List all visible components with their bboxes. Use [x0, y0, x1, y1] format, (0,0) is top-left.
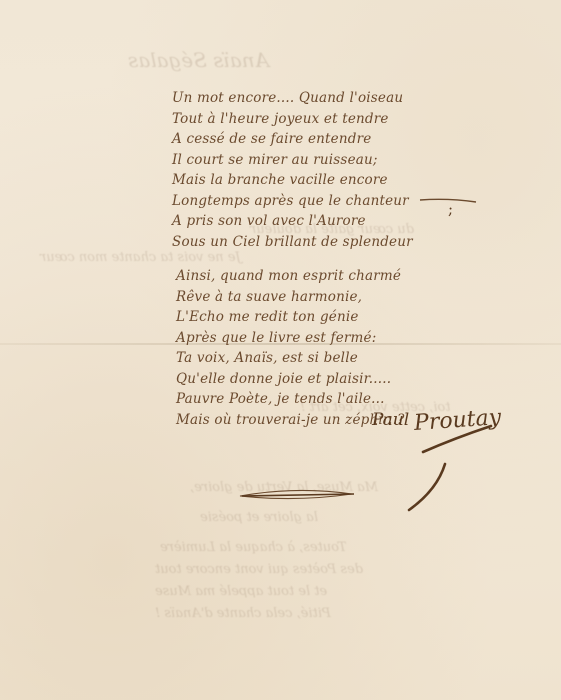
poem-line: L'Echo me redit ton génie	[172, 307, 413, 328]
poem-line: Mais la branche vacille encore	[172, 170, 413, 191]
poem-line: Un mot encore.... Quand l'oiseau	[172, 88, 413, 109]
poem-line: Qu'elle donne joie et plaisir.....	[172, 369, 413, 390]
poem: Un mot encore.... Quand l'oiseau Tout à …	[172, 88, 413, 444]
poem-line: Ainsi, quand mon esprit charmé	[172, 266, 413, 287]
bleed-through-text: Anaïs Ségalas	[128, 48, 269, 72]
poem-line: Sous un Ciel brillant de splendeur	[172, 232, 413, 253]
manuscript-page: Anaïs Ségalas du cœur gaîté la douleur J…	[0, 0, 561, 700]
signature-first-name: Paul	[372, 410, 409, 430]
bleed-through-text: et le tout appelé ma Muse	[155, 584, 327, 599]
bleed-through-text: Pitié, cela chante d'Anaïs !	[155, 606, 331, 621]
stanza-2: Ainsi, quand mon esprit charmé Rêve à ta…	[172, 266, 413, 430]
bleed-through-text: des Poètes qui vont encore tout	[155, 562, 363, 577]
poem-line: Il court se mirer au ruisseau;	[172, 150, 413, 171]
bleed-through-text: Toutes, à chaque la Lumière	[160, 540, 347, 555]
poem-line: Ta voix, Anaïs, est si belle	[172, 348, 413, 369]
poem-line: Pauvre Poète, je tends l'aile...	[172, 389, 413, 410]
poem-line: A cessé de se faire entendre	[172, 129, 413, 150]
poem-line: Rêve à ta suave harmonie,	[172, 287, 413, 308]
stanza-end-mark: ;	[448, 200, 453, 218]
quill-flourish-icon	[236, 482, 356, 506]
poem-line: Tout à l'heure joyeux et tendre	[172, 109, 413, 130]
stanza-1: Un mot encore.... Quand l'oiseau Tout à …	[172, 88, 413, 252]
poem-line: A pris son vol avec l'Aurore	[172, 211, 413, 232]
signature-flourish-icon	[405, 420, 495, 520]
bleed-through-text: la gloire et poésie	[200, 510, 318, 525]
poem-line: Longtemps après que le chanteur	[172, 191, 413, 212]
poem-line: Après que le livre est fermé:	[172, 328, 413, 349]
